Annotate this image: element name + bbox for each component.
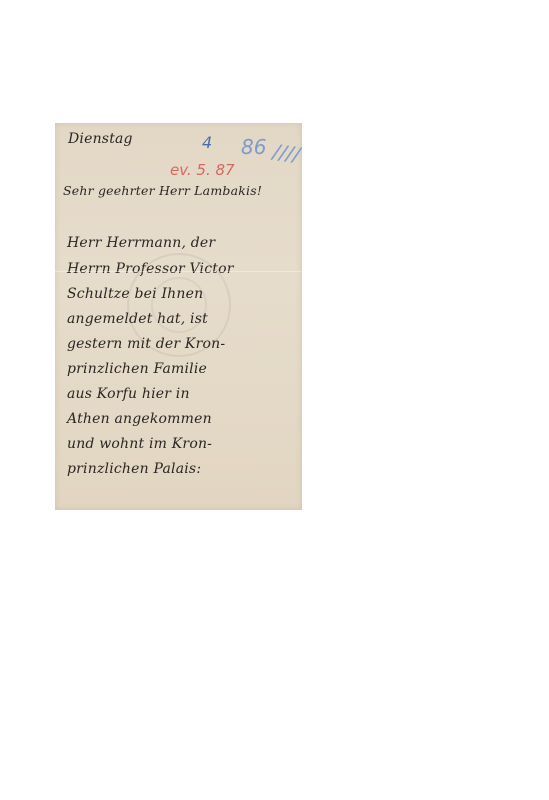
blue-annotation-scribble: ////: [271, 139, 301, 167]
body-line: prinzlichen Familie: [67, 361, 207, 377]
letter-salutation: Sehr geehrter Herr Lambakis!: [63, 183, 262, 198]
red-annotation-date: ev. 5. 87: [170, 161, 235, 179]
body-line: Athen angekommen: [67, 411, 212, 427]
body-line: und wohnt im Kron-: [67, 436, 212, 452]
body-line: aus Korfu hier in: [67, 386, 190, 402]
body-line: gestern mit der Kron-: [67, 336, 225, 352]
body-line: prinzlichen Palais:: [67, 461, 201, 477]
body-line: Herrn Professor Victor: [67, 261, 234, 277]
blue-annotation-number: 4: [202, 133, 212, 152]
letter-paper: Dienstag 4 86 //// ev. 5. 87 Sehr geehrt…: [55, 123, 302, 510]
body-line: Herr Herrmann, der: [67, 235, 215, 251]
body-line: Schultze bei Ihnen: [67, 286, 203, 302]
body-line: angemeldet hat, ist: [67, 311, 208, 327]
letter-date: Dienstag: [68, 131, 133, 147]
blue-annotation-date: 86: [241, 135, 266, 159]
document-page: Dienstag 4 86 //// ev. 5. 87 Sehr geehrt…: [0, 0, 549, 800]
